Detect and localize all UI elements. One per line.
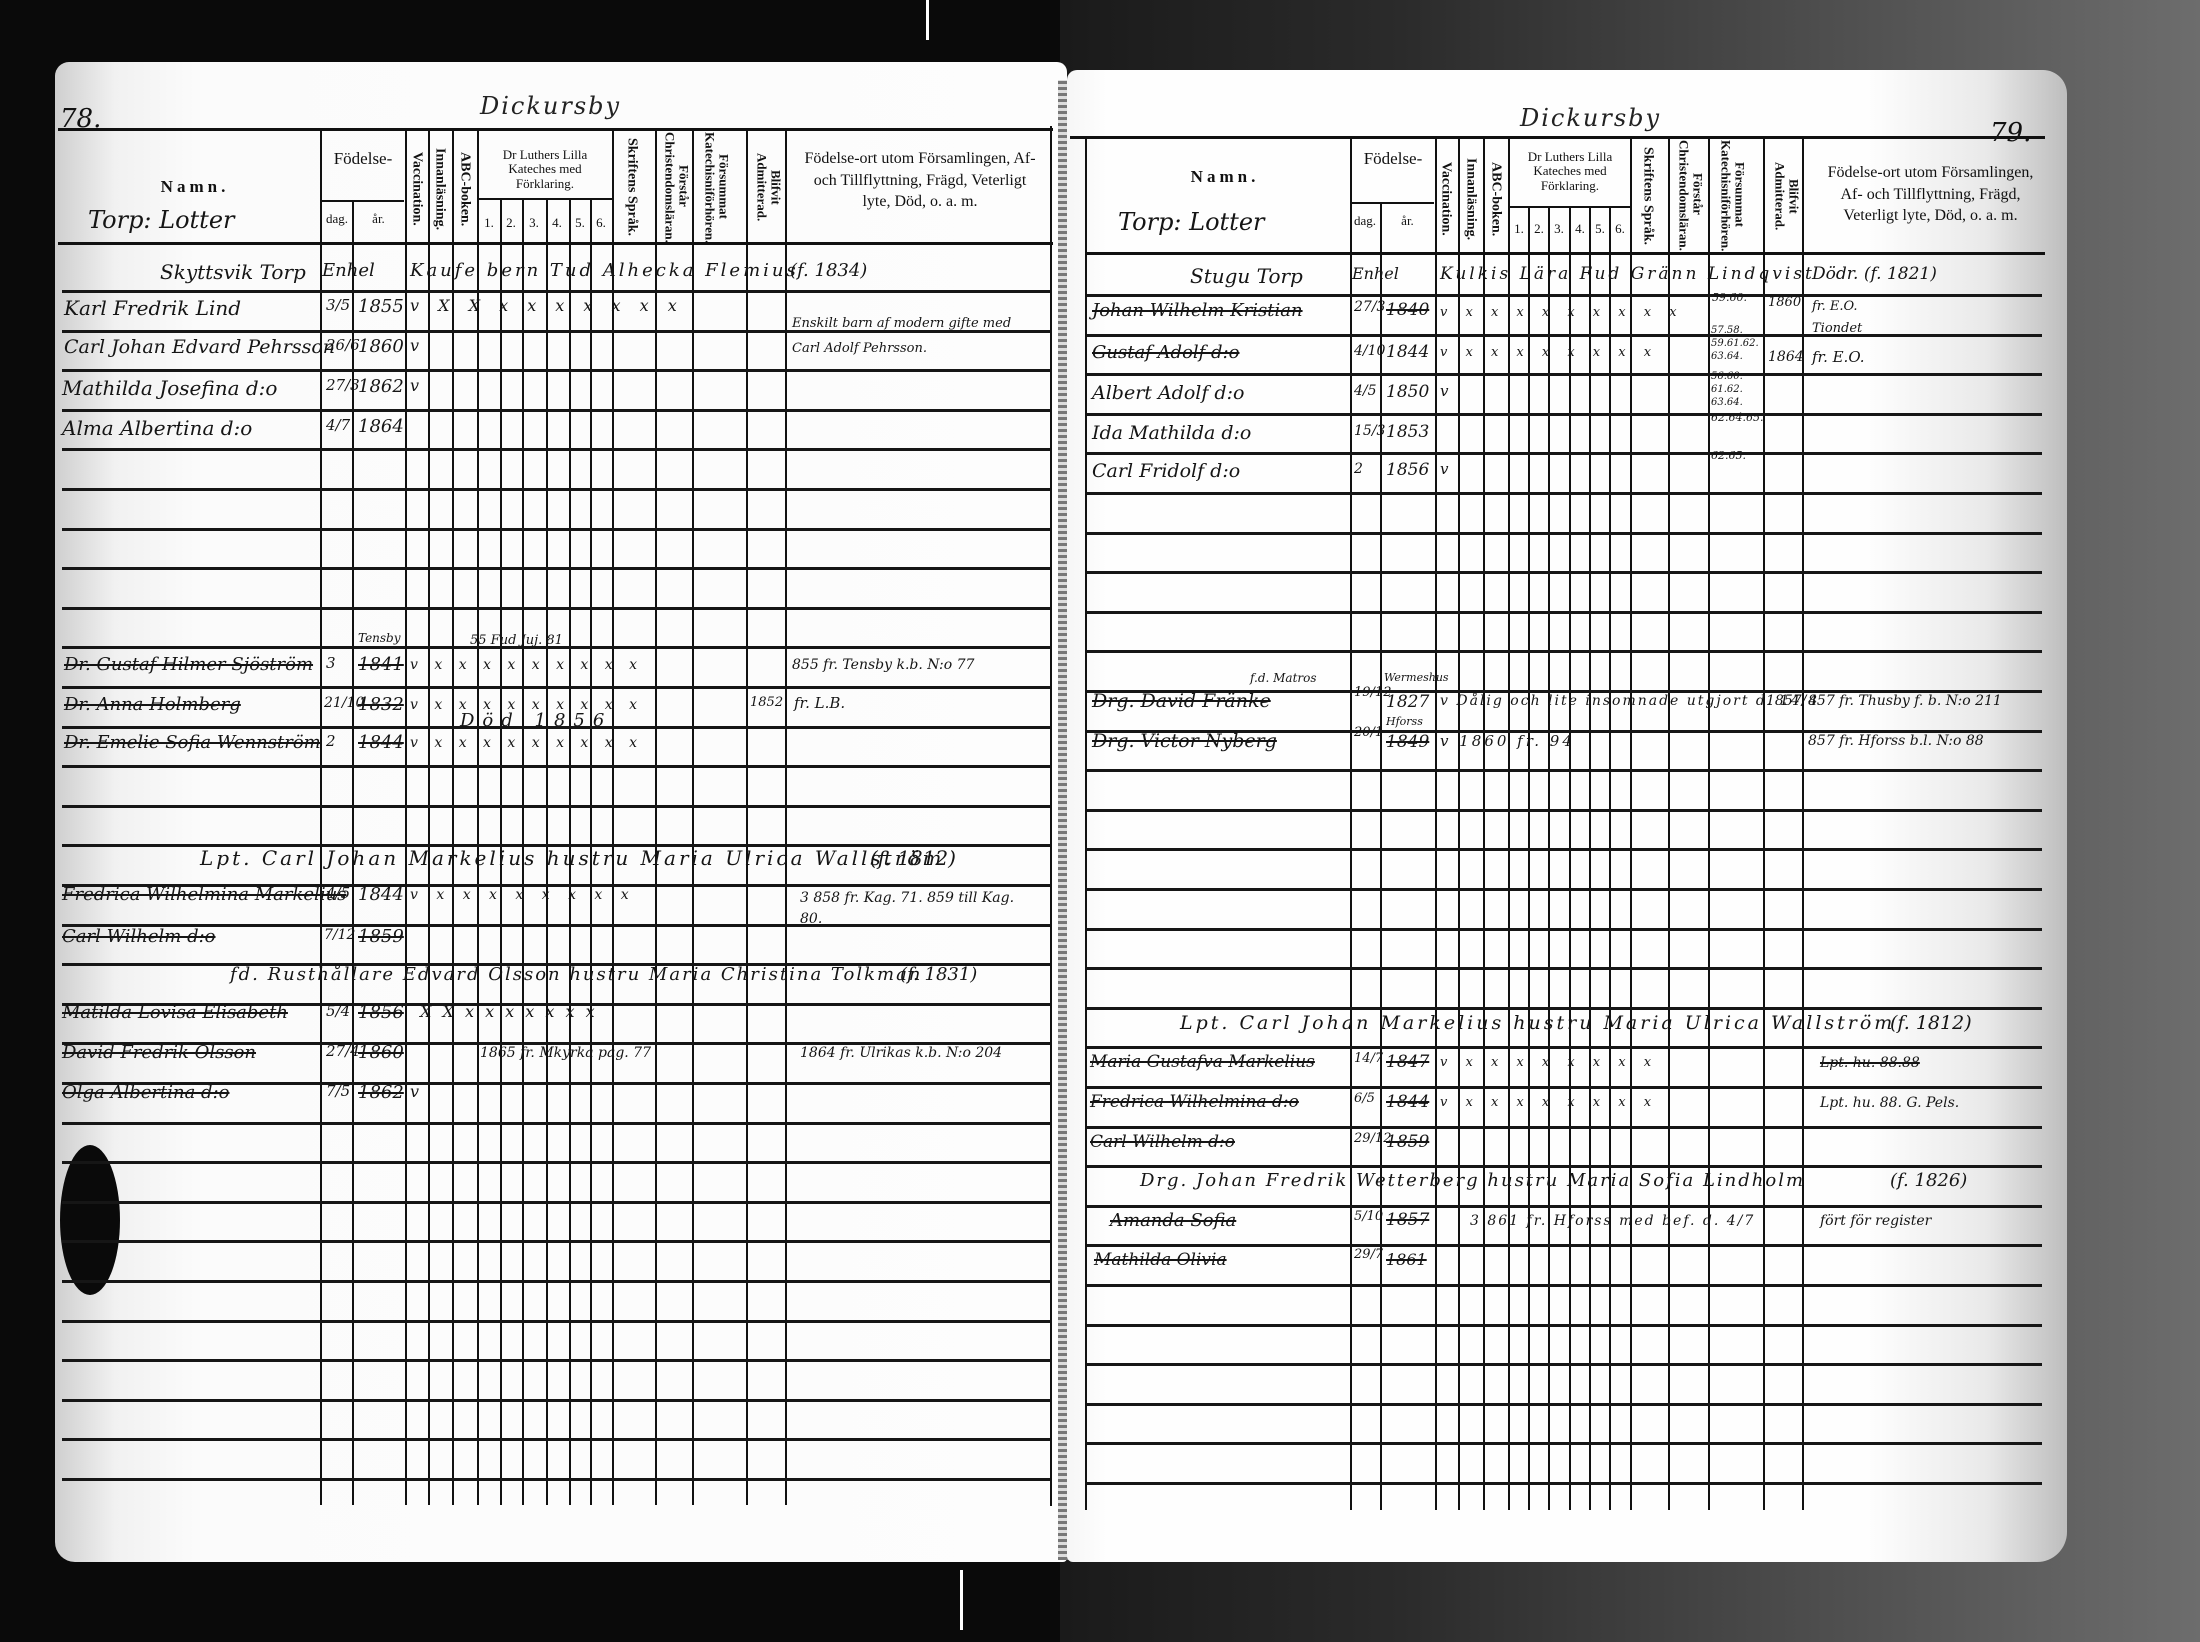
left-entry-day: 27/3 <box>326 378 360 393</box>
left-vrule <box>655 130 657 1505</box>
left-entry-day: 7/5 <box>326 1084 350 1099</box>
row-rule <box>1087 1205 2042 1208</box>
left-col-vaccination: Vaccination. <box>409 140 424 238</box>
row-rule <box>1087 1007 2042 1010</box>
right-household-heading: Torp: Lotter <box>1118 210 1265 234</box>
right-entry-title-note: f.d. Matros <box>1250 672 1317 684</box>
left-entry-name: Skyttsvik Torp <box>160 262 306 282</box>
left-entry-marks: v <box>410 378 419 394</box>
row-rule <box>1087 452 2042 455</box>
left-vrule <box>428 130 430 1505</box>
row-rule <box>62 1320 1050 1323</box>
right-entry-year: 1859 <box>1386 1134 1429 1151</box>
right-entry-day: 6/5 <box>1354 1092 1375 1105</box>
right-vrule <box>1708 138 1710 1510</box>
right-entry-name: Fredrica Wilhelmina d:o <box>1090 1094 1299 1111</box>
right-entry-name: Drg. David Fränke <box>1092 692 1271 711</box>
right-header-bottom-rule <box>1085 252 2045 255</box>
right-entry-name: Mathilda Olivia <box>1094 1252 1227 1269</box>
row-rule <box>1087 1046 2042 1049</box>
row-rule <box>62 686 1050 689</box>
right-entry-forsummat: 59.60. <box>1712 292 1747 303</box>
right-entry-marks: v <box>1440 462 1448 477</box>
left-entry-year-note: Tensby <box>358 632 401 644</box>
right-page-number: 79. <box>1990 118 2031 148</box>
row-rule <box>1087 848 2042 851</box>
binding-hole <box>60 1145 120 1295</box>
right-entry-year: 1849 <box>1386 734 1429 751</box>
right-col-name: Namn. <box>1180 168 1270 187</box>
right-col-year: år. <box>1380 214 1435 228</box>
left-entry-name: Mathilda Josefina d:o <box>62 378 277 398</box>
left-entry-day: Enhel <box>322 262 375 280</box>
right-entry-day: 14/7 <box>1354 1052 1383 1065</box>
right-col-abc: ABC-boken. <box>1488 150 1503 248</box>
left-col-luther: Dr Luthers Lilla Katecheѕ med Förklaring… <box>478 148 612 191</box>
right-entry-year: 1861 <box>1386 1252 1427 1268</box>
right-entry-day: 5/10 <box>1354 1210 1383 1223</box>
left-vrule <box>477 130 479 1505</box>
row-rule <box>62 805 1050 808</box>
right-vrule <box>1528 206 1530 1510</box>
right-vrule <box>1085 138 1087 1510</box>
left-col-luther-3: 3. <box>525 216 543 230</box>
right-entry-marks: v x x x x x x x x <box>1440 1096 1658 1109</box>
left-entry-marks: v x x x x x x x x <box>410 888 636 902</box>
left-vrule <box>405 130 407 1505</box>
left-vrule <box>785 130 787 1505</box>
row-rule <box>62 567 1050 570</box>
row-rule <box>62 607 1050 610</box>
left-entry-year: 1862 <box>358 1084 404 1102</box>
left-vrule <box>1050 126 1052 1506</box>
right-entry-year-note: Hforss <box>1386 716 1423 727</box>
left-entry-day: 27/4 <box>326 1044 360 1059</box>
right-col-luther-4: 4. <box>1571 222 1589 236</box>
right-col-luther-1: 1. <box>1510 222 1528 236</box>
left-col-forsummat: Försummat Katechisniförhören. <box>702 132 731 240</box>
right-col-forstar: Förstår Christendomsläran. <box>1676 140 1705 248</box>
right-vrule <box>1548 206 1550 1510</box>
left-entry-year: 1862 <box>358 378 404 396</box>
left-col-abc: ABC-boken. <box>457 140 472 238</box>
left-entry-name: Carl Wilhelm d:o <box>62 928 216 946</box>
row-rule <box>62 1359 1050 1362</box>
left-entry-name: Dr. Emelie Sofia Wennström <box>64 734 321 752</box>
right-entry-day: 4/10 <box>1354 344 1385 358</box>
right-vrule <box>1589 206 1591 1510</box>
left-entry-day: 3/5 <box>326 298 350 313</box>
scan-marker-bottom <box>960 1570 963 1630</box>
row-rule <box>1087 532 2042 535</box>
row-rule <box>1087 1086 2042 1089</box>
left-entry-year: 1844 <box>358 734 404 752</box>
row-rule <box>1087 809 2042 812</box>
right-entry-year: 1844 <box>1386 344 1429 361</box>
left-col-luther-5: 5. <box>571 216 589 230</box>
right-col-luther-2: 2. <box>1530 222 1548 236</box>
right-col-forsummat: Försummat Katechisniförhören. <box>1718 140 1747 248</box>
right-vrule <box>1668 138 1670 1510</box>
right-place-heading: Dickursby <box>1520 104 1661 132</box>
left-col-luther-2: 2. <box>502 216 520 230</box>
right-entry-name: Johan Wilhelm Kristian <box>1092 302 1303 320</box>
left-entry-marks: v x x x x x x x x x <box>410 658 643 672</box>
left-entry-notes: 1864 fr. Ulrikas k.b. N:o 204 <box>800 1046 1002 1060</box>
right-family-heading: Drg. Johan Fredrik Wetterberg hustru Mar… <box>1140 1172 1805 1190</box>
right-entry-notes: fört för register <box>1820 1214 1931 1228</box>
left-header-top-rule <box>58 128 1053 131</box>
row-rule <box>62 528 1050 531</box>
right-col-luther: Dr Luthers Lilla Katecheѕ med Förklaring… <box>1508 150 1632 193</box>
right-vrule <box>1435 138 1437 1510</box>
left-entry-name: Alma Albertina d:o <box>62 418 252 438</box>
row-rule <box>62 409 1050 412</box>
left-entry-notes: 855 fr. Tensby k.b. N:o 77 <box>792 658 974 672</box>
left-entry-year: 1832 <box>358 696 404 714</box>
left-col-innanlasning: Innanläsning. <box>432 140 447 238</box>
left-entry-admitted: 1852 <box>750 696 783 709</box>
right-col-luther-5: 5. <box>1591 222 1609 236</box>
right-entry-forsummat: 56.60. 61.62. 63.64. <box>1711 370 1761 409</box>
row-rule <box>62 1280 1050 1283</box>
right-entry-admitted: 1857 <box>1766 694 1802 708</box>
left-col-notes: Födelse-ort utom Församlingen, Af- och T… <box>800 148 1040 213</box>
left-col-skrift: Skriftens Språk. <box>624 135 639 240</box>
right-vrule <box>1458 138 1460 1510</box>
left-entry-year: 1841 <box>358 656 404 674</box>
left-household-heading: Torp: Lotter <box>88 208 235 232</box>
right-entry-notes: Dödr. (f. 1821) <box>1812 266 1937 283</box>
row-rule <box>1087 1482 2042 1485</box>
right-entry-forsummat: 62.65. <box>1711 450 1746 461</box>
row-rule <box>1087 1126 2042 1129</box>
left-family-heading-note: (f. 1812) <box>870 848 956 868</box>
right-vrule <box>1763 138 1765 1510</box>
right-entry-day: 29/7 <box>1354 1248 1383 1261</box>
left-entry-name: Dr. Gustaf Hilmer Sjöström <box>64 656 313 674</box>
right-col-luther-3: 3. <box>1550 222 1568 236</box>
left-family-heading: fd. Rusthållare Edvard Olsson hustru Mar… <box>230 966 922 984</box>
left-entry-name: Karl Fredrik Lind <box>64 298 241 318</box>
right-entry-name: Gustaf Adolf d:o <box>1092 344 1239 362</box>
left-entry-name: Dr. Anna Holmberg <box>64 696 241 714</box>
row-rule <box>1087 413 2042 416</box>
left-vrule <box>612 130 614 1505</box>
right-family-heading: Lpt. Carl Johan Markelius hustru Maria U… <box>1180 1014 1895 1033</box>
right-entry-notes: fr. E.O. Tiondet <box>1812 296 1902 340</box>
right-entry-day: 15/3 <box>1354 424 1385 438</box>
left-entry-notes: fr. L.B. <box>794 696 845 711</box>
left-entry-marks: v x x x x x x x x x <box>410 736 643 750</box>
row-rule <box>1087 1403 2042 1406</box>
right-entry-marks: v 1860 fr. 94 <box>1440 734 1575 749</box>
left-entry-year: 1859 <box>358 928 404 946</box>
right-header-top-rule <box>1070 136 2045 139</box>
right-entry-year: 1844 <box>1386 1094 1429 1111</box>
right-col-luther-6: 6. <box>1611 222 1629 236</box>
left-entry-notes: Enskilt barn af modern gifte med Carl Ad… <box>792 312 1042 361</box>
left-entry-year: 1860 <box>358 338 404 356</box>
left-header-bottom-rule <box>58 242 1053 245</box>
left-place-heading: Dickursby <box>480 92 621 120</box>
right-entry-name: Albert Adolf d:o <box>1092 384 1244 403</box>
row-rule <box>1087 1284 2042 1287</box>
right-col-birth: Födelse- <box>1352 150 1434 169</box>
right-entry-day: 2 <box>1354 462 1363 476</box>
right-entry-year-note: Wermeshus <box>1384 672 1449 683</box>
left-col-forstar: Förstår Christendomsläran. <box>662 132 691 240</box>
left-entry-year: 1860 <box>358 1044 404 1062</box>
left-entry-marks-note: 55 Fud Juj. 81 <box>470 634 563 647</box>
row-rule <box>62 765 1050 768</box>
right-entry-day: 20/1 <box>1354 726 1383 739</box>
right-entry-name: Ida Mathilda d:o <box>1092 424 1251 443</box>
row-rule <box>62 1161 1050 1164</box>
right-entry-marks: 3 861 fr. Hforss med bef. d. 4/7 <box>1470 1214 1755 1228</box>
right-vrule <box>1483 138 1485 1510</box>
left-luther-sub-rule <box>477 198 612 200</box>
left-entry-marks: v <box>410 1084 419 1100</box>
row-rule <box>62 290 1050 293</box>
row-rule <box>62 448 1050 451</box>
left-col-year: år. <box>352 212 405 226</box>
right-col-day: dag. <box>1350 214 1380 228</box>
left-entry-day: 26/6 <box>326 338 360 353</box>
left-entry-year: 1856 <box>358 1004 404 1022</box>
left-entry-marks: v X X x x x x x x x <box>410 298 684 314</box>
left-page <box>55 62 1067 1562</box>
row-rule <box>1087 571 2042 574</box>
left-entry-marks-note: Död 1856 <box>460 712 612 730</box>
row-rule <box>62 488 1050 491</box>
left-entry-day: 4/7 <box>326 418 350 433</box>
scan-marker-top <box>926 0 929 40</box>
right-vrule <box>1380 202 1382 1510</box>
right-col-skrift: Skriftens Språk. <box>1640 144 1655 249</box>
left-col-admitterad: Blifvit Admitterad. <box>754 135 783 240</box>
left-vrule <box>692 130 694 1505</box>
left-entry-year: 1855 <box>358 298 404 316</box>
left-entry-marks: v <box>410 338 419 354</box>
left-entry-year: 1864 <box>358 418 404 436</box>
right-entry-name: Carl Fridolf d:o <box>1092 462 1240 481</box>
row-rule <box>1087 928 2042 931</box>
left-col-luther-6: 6. <box>592 216 610 230</box>
left-entry-name: Fredrica Wilhelmina Markelius <box>62 886 346 904</box>
row-rule <box>1087 1165 2042 1168</box>
left-family-heading: Lpt. Carl Johan Markelius hustru Maria U… <box>200 848 944 868</box>
right-entry-year: 1856 <box>1386 462 1429 479</box>
right-col-vaccination: Vaccination. <box>1438 150 1453 248</box>
left-col-birth: Födelse- <box>322 150 404 169</box>
left-col-name: Namn. <box>150 178 240 197</box>
right-family-heading-note: (f. 1812) <box>1890 1014 1972 1033</box>
right-entry-day: 27/3 <box>1354 300 1385 314</box>
right-entry-name: Maria Gustafva Markelius <box>1090 1054 1315 1071</box>
right-entry-name: Drg. Victor Nyberg <box>1092 732 1277 751</box>
right-entry-marks: v <box>1440 384 1448 399</box>
left-vrule <box>452 130 454 1505</box>
left-entry-day: 3 <box>326 656 336 671</box>
right-vrule <box>1508 138 1510 1510</box>
right-entry-admitted: 1860 <box>1768 296 1801 309</box>
left-family-heading-note: (f. 1831) <box>900 966 977 984</box>
row-rule <box>1087 650 2042 653</box>
row-rule <box>1087 492 2042 495</box>
row-rule <box>1087 1363 2042 1366</box>
right-entry-day: 4/5 <box>1354 384 1377 398</box>
left-entry-name: David Fredrik Olsson <box>62 1044 256 1062</box>
right-birth-sub-rule <box>1352 202 1434 204</box>
right-entry-marks: v Dålig och lite insomnade utgjort d. 14… <box>1440 694 1819 708</box>
left-birth-sub-rule <box>322 200 404 202</box>
row-rule <box>1087 888 2042 891</box>
row-rule <box>62 1201 1050 1204</box>
left-entry-year: 1844 <box>358 886 404 904</box>
right-vrule <box>1609 206 1611 1510</box>
right-entry-notes: Lpt. hu. 88.88 <box>1820 1056 1920 1070</box>
right-entry-admitted: 1864 <box>1768 350 1804 364</box>
row-rule <box>1087 967 2042 970</box>
right-entry-name: Stugu Torp <box>1190 266 1303 286</box>
right-entry-forsummat: 62.64.65. <box>1711 412 1763 423</box>
row-rule <box>62 1122 1050 1125</box>
left-entry-day: 2 <box>326 734 336 749</box>
right-col-admitterad: Blifvit Admitterad. <box>1772 144 1801 249</box>
left-entry-notes: (f. 1834) <box>790 262 867 280</box>
right-entry-year: 1853 <box>1386 424 1429 441</box>
right-entry-notes: 857 fr. Hforss b.l. N:o 88 <box>1808 734 1984 748</box>
right-family-heading-note: (f. 1826) <box>1890 1172 1967 1190</box>
row-rule <box>62 1478 1050 1481</box>
left-entry-name: Olga Albertina d:o <box>62 1084 229 1102</box>
right-entry-year: 1847 <box>1386 1054 1429 1071</box>
right-entry-marks: Kulkis Lära Fud Gränn Lindqvist <box>1440 266 1815 283</box>
row-rule <box>1087 373 2042 376</box>
right-entry-forsummat: 57.58. 59.61.62. 63.64. <box>1711 324 1761 363</box>
left-entry-marks: Kaufe bern Tud Alhecka Flemius <box>410 262 799 280</box>
right-vrule <box>1350 138 1352 1510</box>
right-entry-year: 1840 <box>1386 302 1429 319</box>
left-entry-marks: 1865 fr. Mkyrka pag. 77 <box>480 1046 651 1060</box>
left-entry-marks: X X x x x x x x x <box>420 1004 598 1020</box>
row-rule <box>1087 1324 2042 1327</box>
row-rule <box>62 1240 1050 1243</box>
right-entry-year: 1857 <box>1386 1212 1429 1229</box>
right-entry-notes: fr. E.O. <box>1812 350 1865 365</box>
right-vrule <box>1630 138 1632 1510</box>
left-entry-day: 4/5 <box>326 886 350 901</box>
right-entry-name: Carl Wilhelm d:o <box>1090 1134 1235 1151</box>
right-entry-notes: Lpt. hu. 88. G. Pels. <box>1820 1096 1959 1110</box>
row-rule <box>1087 1442 2042 1445</box>
right-col-innanlasning: Innanläsning. <box>1463 150 1478 248</box>
row-rule <box>1087 611 2042 614</box>
right-entry-notes: 857 fr. Thusby f. b. N:o 211 <box>1808 694 2002 708</box>
row-rule <box>62 1399 1050 1402</box>
left-entry-day: 5/4 <box>326 1004 350 1019</box>
right-entry-year: 1850 <box>1386 384 1429 401</box>
right-entry-marks: v x x x x x x x x <box>1440 346 1658 359</box>
left-col-luther-4: 4. <box>548 216 566 230</box>
right-vrule <box>1802 138 1804 1510</box>
row-rule <box>62 1438 1050 1441</box>
left-col-luther-1: 1. <box>480 216 498 230</box>
right-entry-day: Enhel <box>1352 266 1399 282</box>
right-vrule <box>1569 206 1571 1510</box>
right-entry-name: Amanda Sofia <box>1110 1212 1236 1230</box>
right-entry-year: 1827 <box>1386 694 1429 711</box>
left-entry-name: Matilda Lovisa Elisabeth <box>62 1004 288 1022</box>
left-entry-notes: 3 858 fr. Kag. 71. 859 till Kag. 80. <box>800 888 1020 930</box>
row-rule <box>62 369 1050 372</box>
right-entry-marks: v x x x x x x x x <box>1440 1056 1658 1069</box>
left-entry-name: Carl Johan Edvard Pehrsson <box>64 338 335 357</box>
right-entry-marks: v x x x x x x x x x <box>1440 306 1684 319</box>
right-col-notes: Födelse-ort utom Församlingen, Af- och T… <box>1818 162 2043 227</box>
row-rule <box>1087 769 2042 772</box>
left-entry-day: 7/12 <box>324 928 355 942</box>
left-vrule <box>746 130 748 1505</box>
row-rule <box>1087 1244 2042 1247</box>
left-col-day: dag. <box>322 212 352 226</box>
